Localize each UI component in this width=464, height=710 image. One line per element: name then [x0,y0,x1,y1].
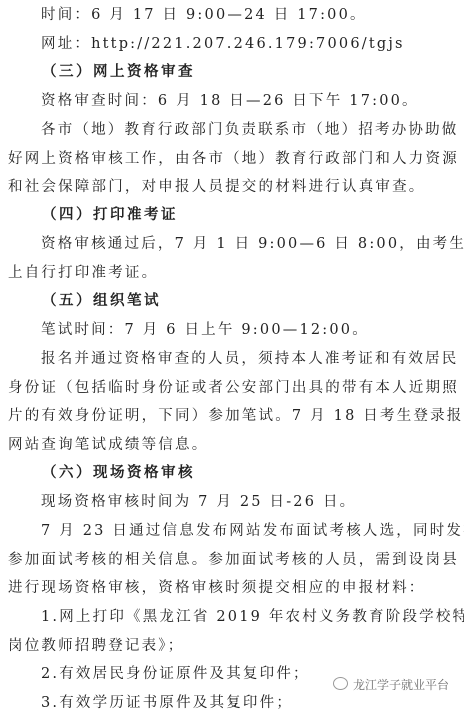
text-line: 和社会保障部门，对申报人员提交的材料进行认真审查。 [0,177,464,197]
watermark: 龙江学子就业平台 [333,676,449,693]
text-line: 7 月 23 日通过信息发布网站发布面试考核人选，同时发布 [0,521,464,541]
wechat-icon [333,677,348,690]
text-line: 好网上资格审核工作，由各市（地）教育行政部门和人力资源 [0,149,464,169]
text-line: 身份证（包括临时身份证或者公安部门出具的带有本人近期照 [0,378,464,398]
text-line: 笔试时间：7 月 6 日上午 9:00—12:00。 [0,320,464,340]
list-item: 1.网上打印《黑龙江省 2019 年农村义务教育阶段学校特设 [0,607,464,627]
text-line: 网站查询笔试成绩等信息。 [0,435,464,455]
text-line: 片的有效身份证明，下同）参加笔试。7 月 18 日考生登录报名 [0,406,464,426]
text-line: 资格审查时间：6 月 18 日—26 日下午 17:00。 [0,91,464,111]
text-line: 资格审核通过后，7 月 1 日 9:00—6 日 8:00，由考生在网 [0,234,464,254]
text-line: 各市（地）教育行政部门负责联系市（地）招考办协助做 [0,120,464,140]
text-line: 进行现场资格审核，资格审核时须提交相应的申报材料： [0,578,464,598]
text-line: 时间：6 月 17 日 9:00—24 日 17:00。 [0,5,464,25]
text-line: 报名并通过资格审查的人员，须持本人准考证和有效居民 [0,349,464,369]
section-heading: （五）组织笔试 [0,291,464,311]
section-heading: （六）现场资格审核 [0,463,464,483]
text-line: 岗位教师招聘登记表》； [0,636,464,656]
section-heading: （四）打印准考证 [0,205,464,225]
section-heading: （三）网上资格审查 [0,62,464,82]
list-item: 3.有效学历证书原件及其复印件； [0,693,464,710]
watermark-text: 龙江学子就业平台 [353,678,449,692]
url-line: 网址：http://221.207.246.179:7006/tgjs [0,34,464,54]
text-line: 现场资格审核时间为 7 月 25 日-26 日。 [0,492,464,512]
text-line: 参加面试考核的相关信息。参加面试考核的人员，需到设岗县 [0,550,464,570]
page-mark [235,703,236,707]
text-line: 上自行打印准考证。 [0,263,464,283]
